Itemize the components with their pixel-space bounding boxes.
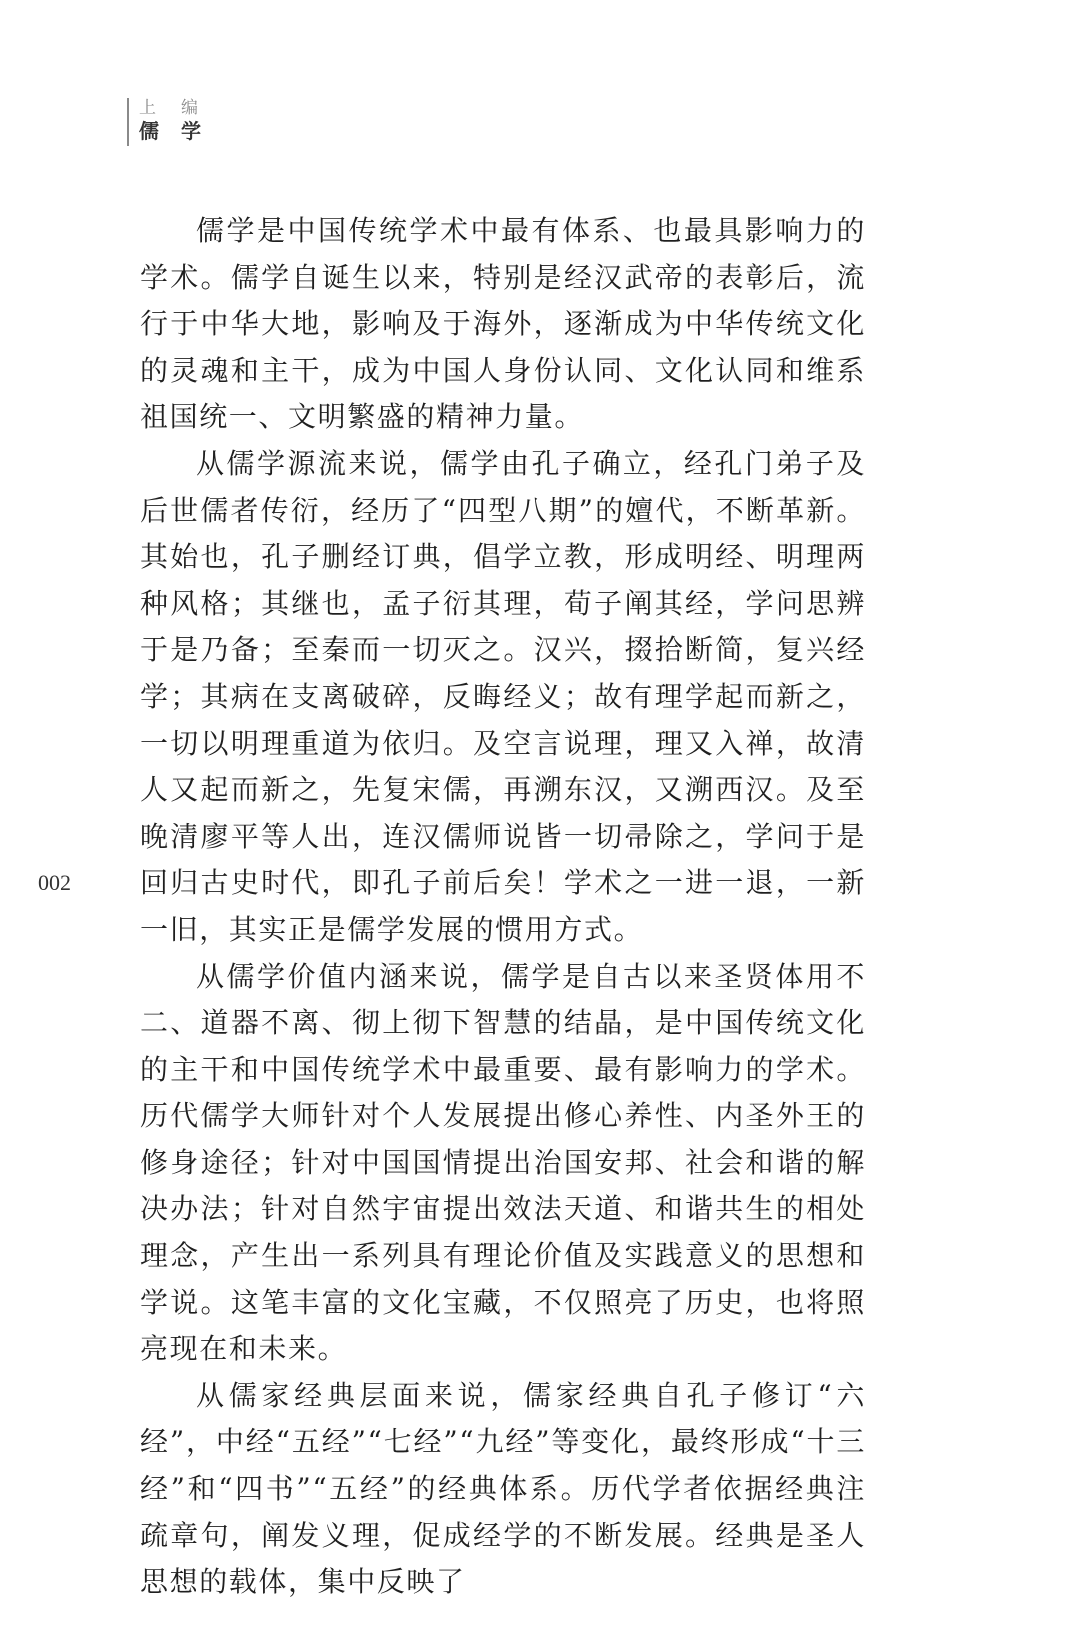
paragraph-values: 从儒学价值内涵来说，儒学是自古以来圣贤体用不二、道器不离、彻上彻下智慧的结晶，是… [140,954,866,1373]
page-number: 002 [38,870,71,896]
paragraph-classics: 从儒家经典层面来说，儒家经典自孔子修订“六经”，中经“五经”“七经”“九经”等变… [140,1373,866,1606]
running-head-part: 上编 [139,98,223,118]
body-text: 儒学是中国传统学术中最有体系、也最具影响力的学术。儒学自诞生以来，特别是经汉武帝… [140,208,866,1606]
running-head-section: 儒学 [139,118,223,144]
paragraph-origins: 从儒学源流来说，儒学由孔子确立，经孔门弟子及后世儒者传衍，经历了“四型八期”的嬗… [140,441,866,954]
paragraph-intro: 儒学是中国传统学术中最有体系、也最具影响力的学术。儒学自诞生以来，特别是经汉武帝… [140,208,866,441]
running-head: 上编 儒学 [127,98,223,146]
